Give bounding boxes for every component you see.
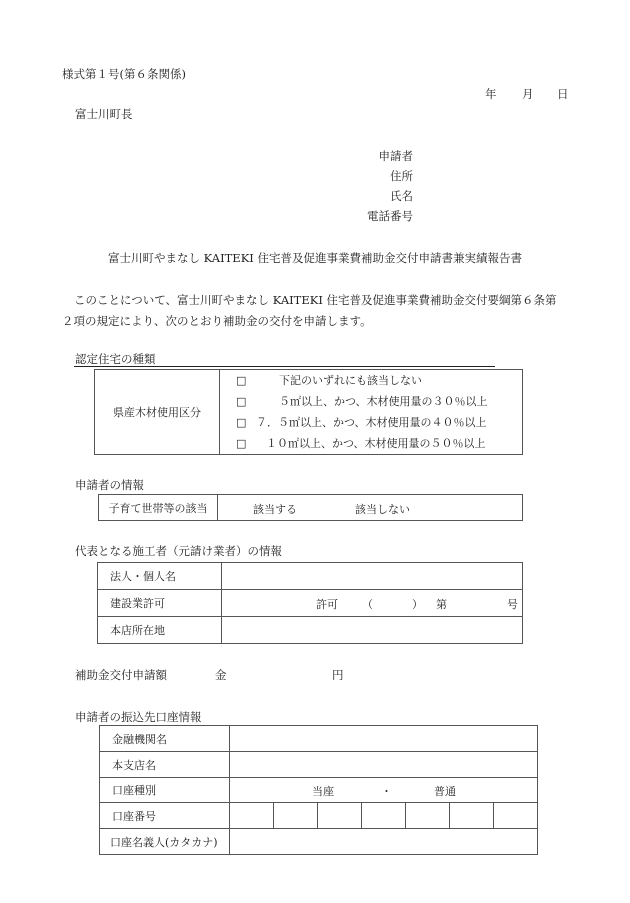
dai-text: 第: [436, 596, 447, 612]
date-day-label: 日: [557, 86, 569, 102]
intro-line-2: ２項の規定により、次のとおり補助金の交付を申請します。: [62, 313, 372, 329]
bank-name-label: 金融機関名: [100, 726, 230, 752]
form-number: 様式第１号(第６条関係): [62, 66, 186, 82]
name-label: 氏名: [340, 188, 413, 204]
head-office-field[interactable]: [222, 617, 523, 644]
applicant-info-heading: 申請者の情報: [75, 477, 144, 493]
go-text: 号: [507, 596, 518, 612]
bank-info-table: 金融機関名 本支店名 口座種別 当座 ・ 普通 口座番号 口座名義人(カタカナ): [99, 725, 538, 855]
option-not-applicable[interactable]: 該当しない: [355, 501, 410, 517]
construction-permit-field[interactable]: 許可 （ ） 第 号: [222, 590, 523, 617]
account-type-field: 当座 ・ 普通: [230, 778, 538, 803]
account-number-label: 口座番号: [100, 803, 230, 829]
phone-label: 電話番号: [340, 208, 413, 224]
applicant-info-table: 子育て世帯等の該当 該当する 該当しない: [98, 494, 523, 521]
wood-category-label: 県産木材使用区分: [95, 370, 220, 455]
bank-name-field[interactable]: [230, 726, 538, 752]
wood-category-options: □ 下記のいずれにも該当しない □ ５㎡以上、かつ、木材使用量の３０％以上 □ …: [220, 370, 523, 455]
checkbox-icon[interactable]: □: [236, 391, 246, 412]
option-label: ５㎡以上、かつ、木材使用量の３０％以上: [279, 391, 488, 412]
childcare-household-options: 該当する 該当しない: [218, 495, 523, 521]
option-applicable[interactable]: 該当する: [253, 501, 297, 517]
option-row[interactable]: □ 下記のいずれにも該当しない: [220, 370, 522, 391]
option-ordinary-account[interactable]: 普通: [434, 783, 456, 799]
paren-close: ）: [412, 596, 423, 612]
date-month-label: 月: [522, 86, 534, 102]
contractor-info-table: 法人・個人名 建設業許可 許可 （ ） 第 号 本店所在地: [97, 562, 523, 644]
branch-name-label: 本支店名: [100, 752, 230, 778]
contractor-info-heading: 代表となる施工者（元請け業者）の情報: [75, 543, 282, 559]
option-label: １０㎡以上、かつ、木材使用量の５０％以上: [266, 433, 486, 454]
account-type-label: 口座種別: [100, 778, 230, 803]
corp-name-label: 法人・個人名: [98, 563, 222, 590]
yen-text: 円: [332, 667, 344, 683]
heading-underline: [74, 366, 495, 367]
account-digit-box[interactable]: [230, 803, 274, 829]
head-office-label: 本店所在地: [98, 617, 222, 644]
account-digit-box[interactable]: [274, 803, 318, 829]
subsidy-amount-label: 補助金交付申請額: [75, 667, 167, 683]
separator-dot: ・: [381, 783, 392, 799]
corp-name-field[interactable]: [222, 563, 523, 590]
option-label: ７．５㎡以上、かつ、木材使用量の４０％以上: [256, 412, 487, 433]
housing-type-table: 県産木材使用区分 □ 下記のいずれにも該当しない □ ５㎡以上、かつ、木材使用量…: [94, 369, 523, 455]
applicant-label: 申請者: [340, 148, 413, 164]
branch-name-field[interactable]: [230, 752, 538, 778]
document-title: 富士川町やまなし KAITEKI 住宅普及促進事業費補助金交付申請書兼実績報告書: [0, 250, 630, 266]
checkbox-icon[interactable]: □: [236, 370, 246, 391]
bank-info-heading: 申請者の振込先口座情報: [75, 709, 202, 725]
checkbox-icon[interactable]: □: [236, 412, 246, 433]
account-digit-box[interactable]: [494, 803, 538, 829]
kin-text: 金: [215, 667, 227, 683]
option-current-account[interactable]: 当座: [312, 783, 334, 799]
addressee: 富士川町長: [75, 106, 133, 122]
option-row[interactable]: □ ５㎡以上、かつ、木材使用量の３０％以上: [220, 391, 522, 412]
construction-permit-label: 建設業許可: [98, 590, 222, 617]
account-holder-field[interactable]: [230, 829, 538, 855]
account-digit-box[interactable]: [318, 803, 362, 829]
childcare-household-label: 子育て世帯等の該当: [99, 495, 218, 521]
option-row[interactable]: □ １０㎡以上、かつ、木材使用量の５０％以上: [220, 433, 522, 454]
date-year-label: 年: [485, 86, 497, 102]
address-label: 住所: [340, 168, 413, 184]
account-holder-label: 口座名義人(カタカナ): [100, 829, 230, 855]
paren-open: （: [362, 596, 373, 612]
housing-type-heading: 認定住宅の種類: [75, 351, 156, 367]
checkbox-icon[interactable]: □: [236, 433, 246, 454]
account-digit-box[interactable]: [406, 803, 450, 829]
intro-line-1: このことについて、富士川町やまなし KAITEKI 住宅普及促進事業費補助金交付…: [62, 292, 557, 308]
permit-text: 許可: [316, 596, 338, 612]
account-digit-box[interactable]: [362, 803, 406, 829]
option-label: 下記のいずれにも該当しない: [279, 370, 422, 391]
account-digit-box[interactable]: [450, 803, 494, 829]
option-row[interactable]: □ ７．５㎡以上、かつ、木材使用量の４０％以上: [220, 412, 522, 433]
